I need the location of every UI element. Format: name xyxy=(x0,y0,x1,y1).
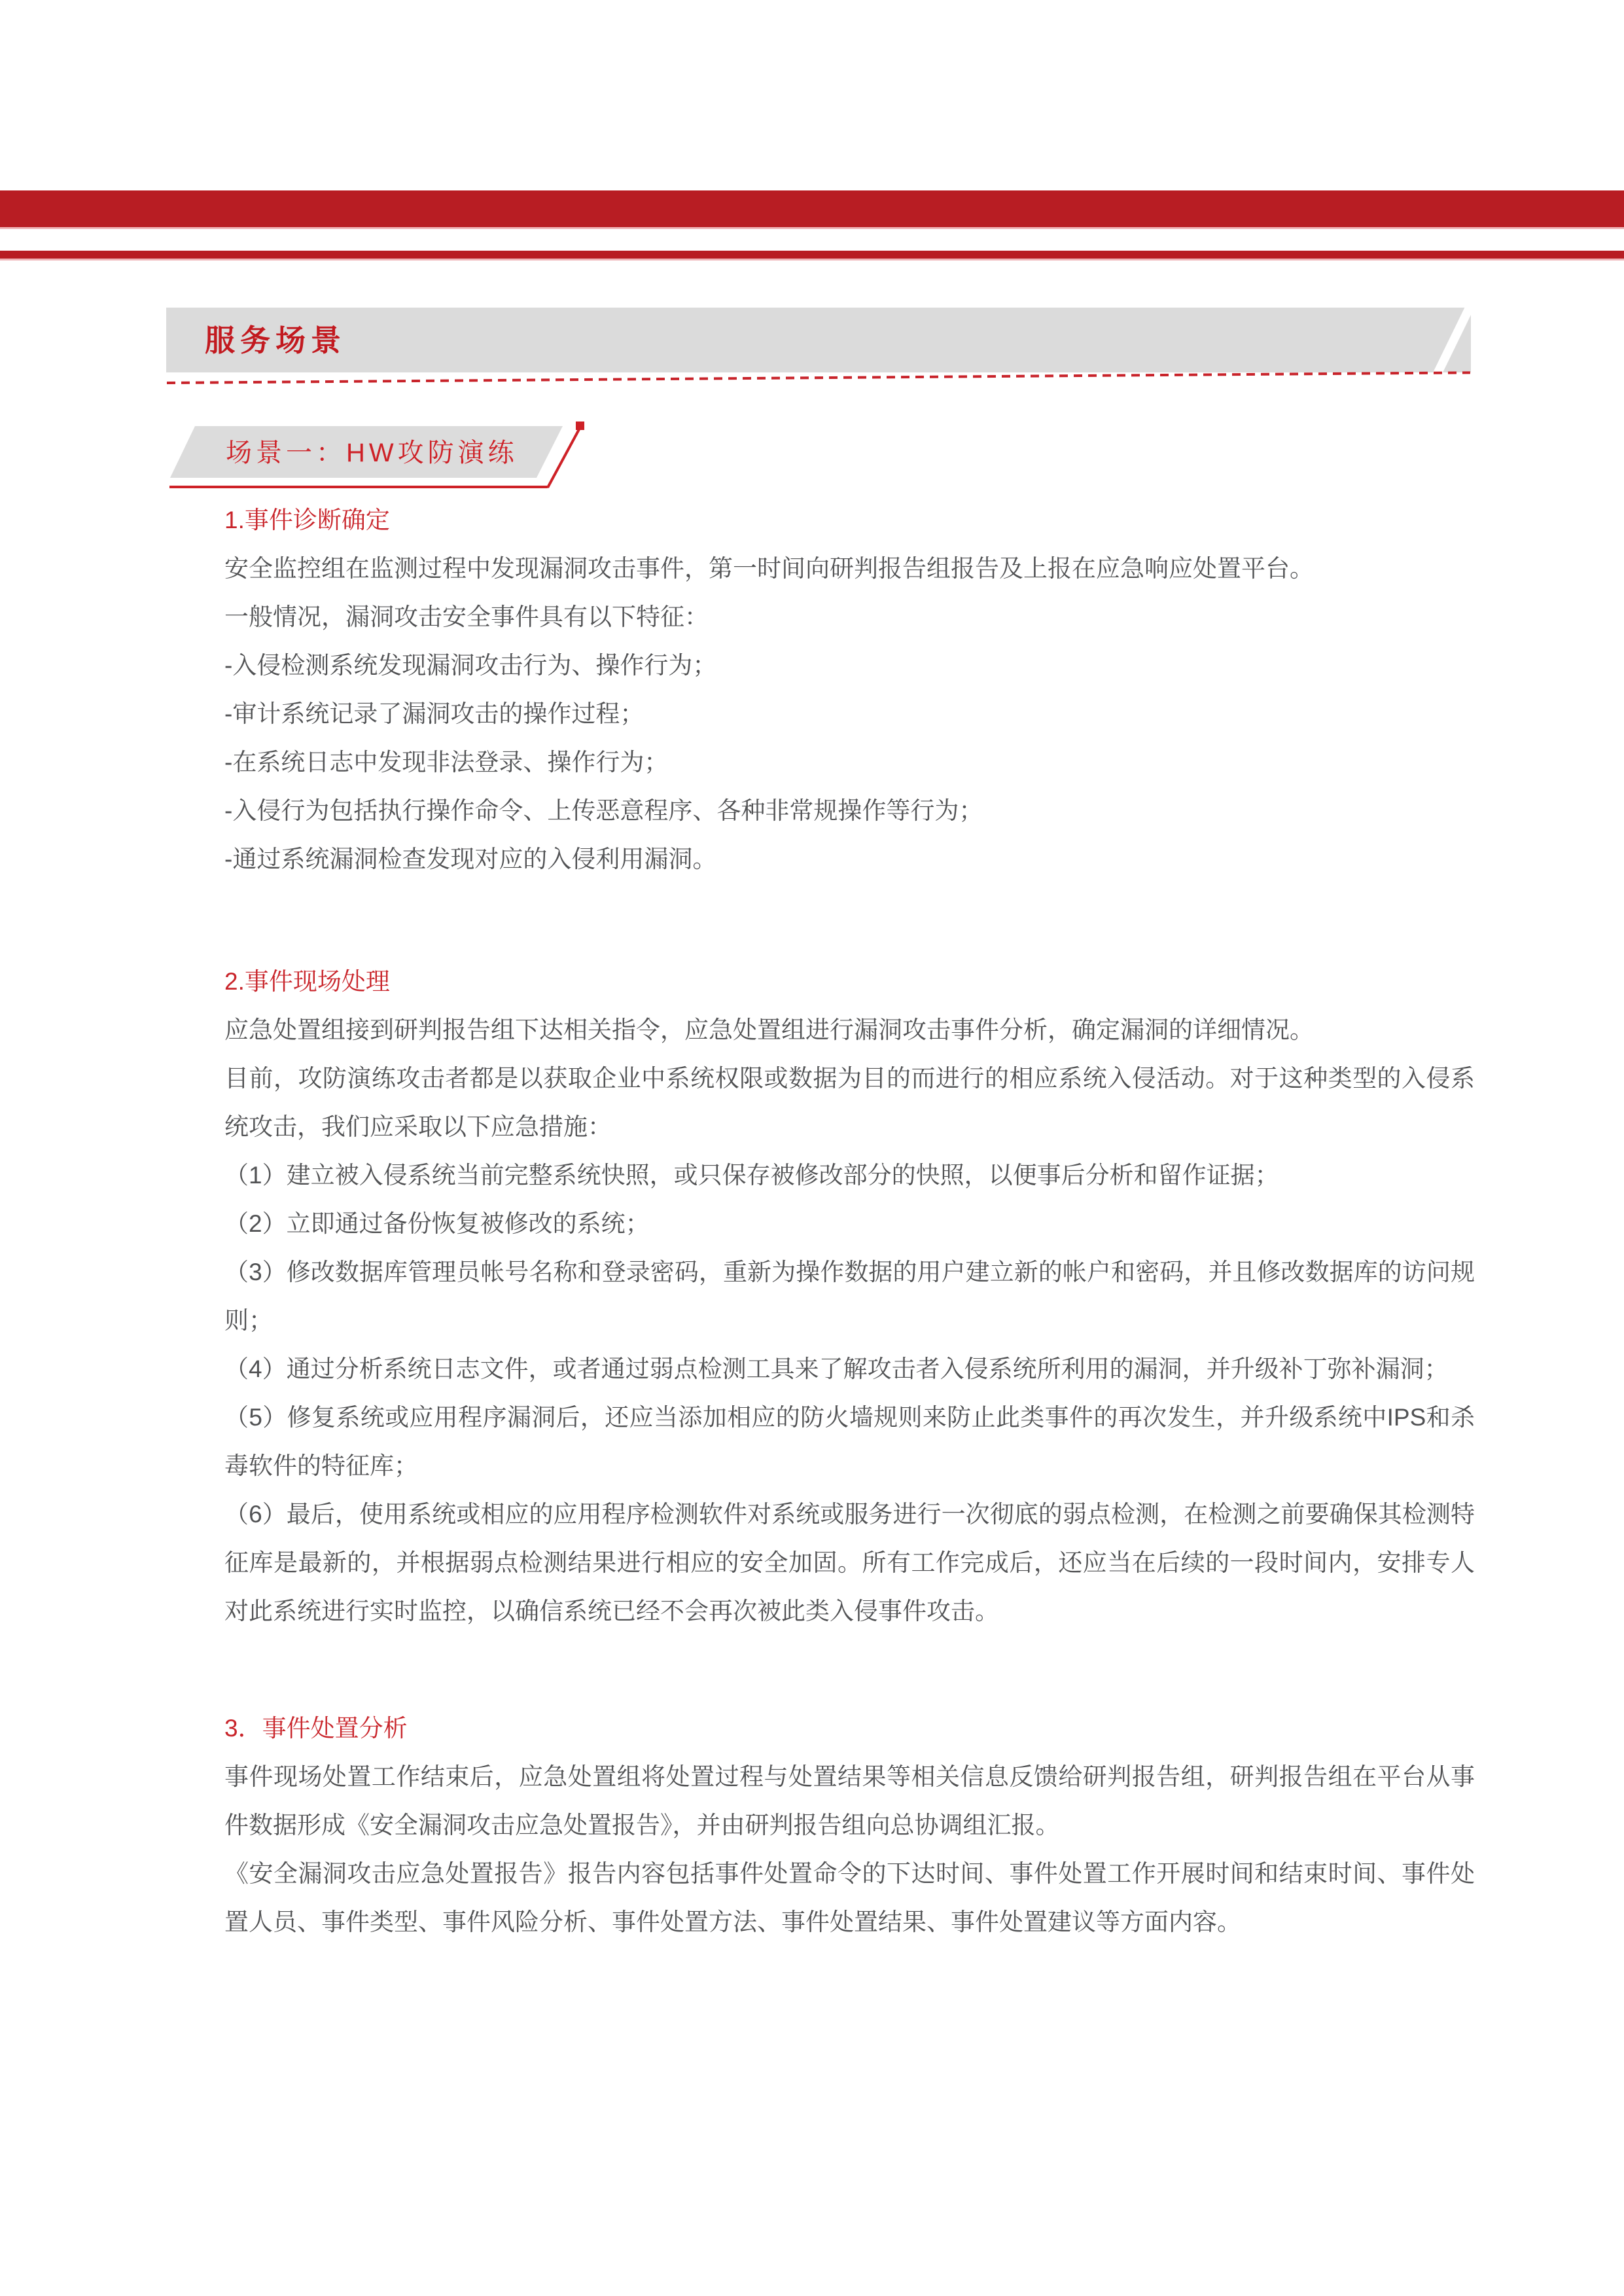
paragraph: 一般情况，漏洞攻击安全事件具有以下特征： xyxy=(224,593,1475,641)
list-item: -入侵行为包括执行操作命令、上传恶意程序、各种非常规操作等行为； xyxy=(224,787,1475,835)
list-item: -审计系统记录了漏洞攻击的操作过程； xyxy=(224,690,1475,738)
list-item: （4）通过分析系统日志文件，或者通过弱点检测工具来了解攻击者入侵系统所利用的漏洞… xyxy=(224,1345,1475,1393)
page-title: 服务场景 xyxy=(205,308,346,372)
section-header-bar: 服务场景 xyxy=(166,308,1471,372)
paragraph: 事件现场处置工作结束后，应急处置组将处置过程与处置结果等相关信息反馈给研判报告组… xyxy=(224,1753,1475,1850)
paragraph: 应急处置组接到研判报告组下达相关指令，应急处置组进行漏洞攻击事件分析，确定漏洞的… xyxy=(224,1006,1475,1054)
paragraph: 安全监控组在监测过程中发现漏洞攻击事件，第一时间向研判报告组报告及上报在应急响应… xyxy=(224,545,1475,593)
list-item: （2）立即通过备份恢复被修改的系统； xyxy=(224,1200,1475,1248)
document-page: 服务场景 场景一：HW攻防演练 1.事件诊断确定 安全监控组在监测过程中发现漏洞… xyxy=(0,0,1624,2296)
section-heading: 3．事件处置分析 xyxy=(224,1704,1475,1753)
header-slash-decoration xyxy=(1432,308,1471,372)
list-item: -在系统日志中发现非法登录、操作行为； xyxy=(224,738,1475,787)
list-item: （6）最后，使用系统或相应的应用程序检测软件对系统或服务进行一次彻底的弱点检测，… xyxy=(224,1490,1475,1636)
tab-diagonal-line xyxy=(548,429,579,488)
paragraph: 目前，攻防演练攻击者都是以获取企业中系统权限或数据为目的而进行的相应系统入侵活动… xyxy=(224,1054,1475,1151)
document-body: 1.事件诊断确定 安全监控组在监测过程中发现漏洞攻击事件，第一时间向研判报告组报… xyxy=(224,496,1475,1946)
section-onsite-handling: 2.事件现场处理 应急处置组接到研判报告组下达相关指令，应急处置组进行漏洞攻击事… xyxy=(224,958,1475,1636)
scenario-tab-flag-decoration xyxy=(164,419,595,497)
list-item: （5）修复系统或应用程序漏洞后，还应当添加相应的防火墙规则来防止此类事件的再次发… xyxy=(224,1393,1475,1490)
dashed-divider xyxy=(167,371,1470,384)
list-item: -入侵检测系统发现漏洞攻击行为、操作行为； xyxy=(224,641,1475,690)
tab-flag-square xyxy=(576,422,584,430)
section-handling-analysis: 3．事件处置分析 事件现场处置工作结束后，应急处置组将处置过程与处置结果等相关信… xyxy=(224,1704,1475,1946)
list-item: （3）修改数据库管理员帐号名称和登录密码，重新为操作数据的用户建立新的帐户和密码… xyxy=(224,1248,1475,1345)
top-band-wide xyxy=(0,190,1624,229)
list-item: （1）建立被入侵系统当前完整系统快照，或只保存被修改部分的快照，以便事后分析和留… xyxy=(224,1151,1475,1200)
paragraph: 《安全漏洞攻击应急处置报告》报告内容包括事件处置命令的下达时间、事件处置工作开展… xyxy=(224,1850,1475,1946)
top-band-thin xyxy=(0,251,1624,260)
list-item: -通过系统漏洞检查发现对应的入侵利用漏洞。 xyxy=(224,835,1475,884)
section-incident-diagnosis: 1.事件诊断确定 安全监控组在监测过程中发现漏洞攻击事件，第一时间向研判报告组报… xyxy=(224,496,1475,884)
section-heading: 1.事件诊断确定 xyxy=(224,496,1475,545)
section-heading: 2.事件现场处理 xyxy=(224,958,1475,1006)
